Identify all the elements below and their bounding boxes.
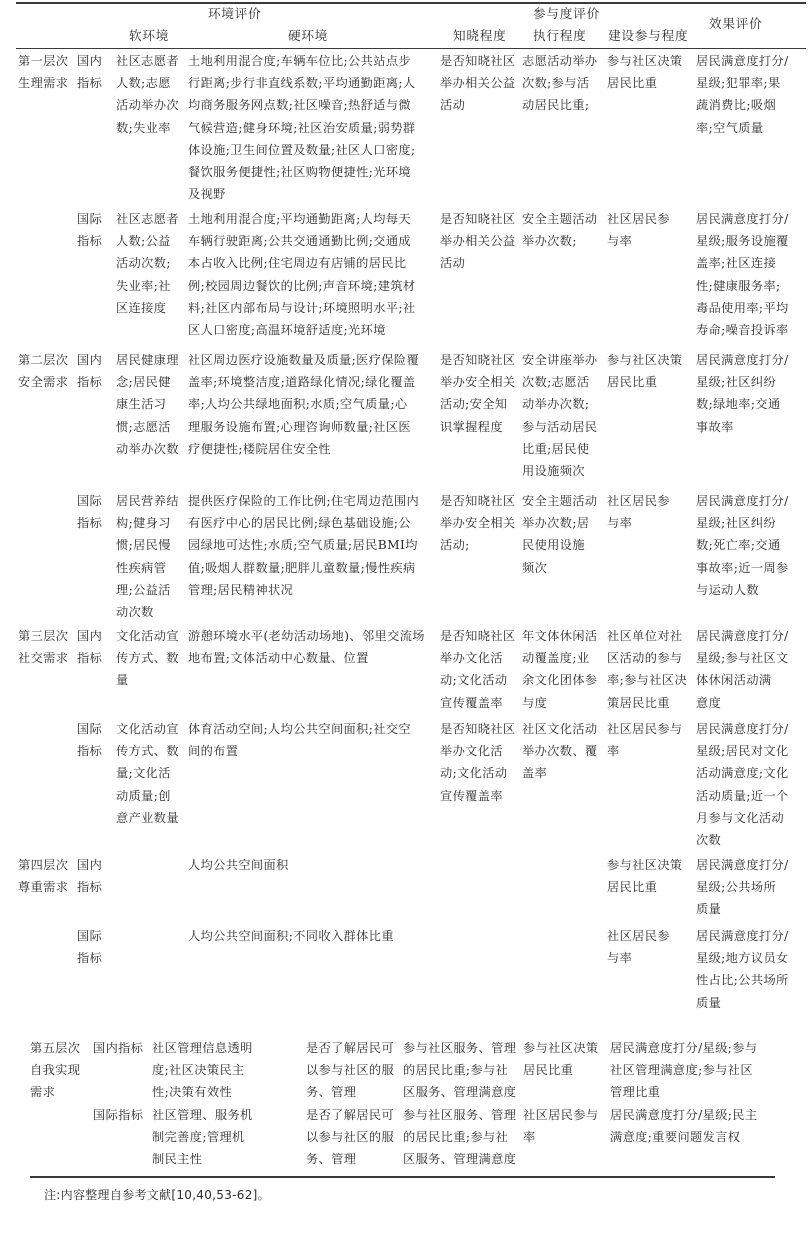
execution-cell: 年文体休闲活 动覆盖度;业 余文化团体参 与度 (522, 625, 608, 714)
table-note: 注:内容整理自参考文献[10,40,53-62]。 (44, 1186, 270, 1203)
awareness-cell: 是否知晓社区 举办相关公益 活动 (440, 208, 522, 275)
header-effect: 效果评价 (709, 16, 763, 32)
soft-env-cell: 居民健康理 念;居民健 康生活习 惯;志愿活 动举办次数 (116, 349, 188, 460)
awareness-cell: 是否知晓社区 举办文化活 动;文化活动 宣传覆盖率 (440, 718, 522, 807)
table-bottom-rule (30, 1176, 775, 1178)
execution-cell: 安全主题活动 举办次数;居 民使用设施 频次 (522, 490, 608, 579)
construction-cell: 社区居民参 与率 (607, 208, 695, 252)
header-participation-group: 参与度评价 (533, 6, 600, 22)
construction-cell: 社区单位对社 区活动的参与 率;参与社区决 策居民比重 (607, 625, 695, 714)
scope-cell: 国内 指标 (77, 50, 113, 94)
awareness-cell: 是否了解居民可 以参与社区的服 务、管理 (306, 1104, 404, 1171)
hard-env-cell: 社区周边医疗设施数量及质量;医疗保险覆 盖率;环境整洁度;道路绿化情况;绿化覆盖… (188, 349, 440, 460)
table-top-rule (16, 2, 806, 4)
awareness-cell: 是否了解居民可 以参与社区的服 务、管理 (306, 1037, 404, 1104)
scope-cell: 国际 指标 (77, 925, 113, 969)
header-construction-participation: 建设参与程度 (608, 28, 688, 44)
tier-level: 第二层次 安全需求 (18, 349, 78, 393)
tier-level: 第五层次 自我实现 需求 (30, 1037, 92, 1104)
header-hard-env: 硬环境 (288, 28, 328, 44)
construction-cell: 参与社区决策 居民比重 (523, 1037, 611, 1081)
construction-cell: 参与社区决策 居民比重 (607, 854, 695, 898)
soft-env-cell: 居民营养结 构;健身习 惯;居民慢 性疾病管 理;公益活 动次数 (116, 490, 188, 623)
header-awareness: 知晓程度 (453, 28, 507, 44)
construction-cell: 参与社区决策 居民比重 (607, 50, 695, 94)
tier-level: 第四层次 尊重需求 (18, 854, 78, 898)
scope-cell: 国内指标 (93, 1037, 153, 1059)
header-env-group: 环境评价 (208, 6, 262, 22)
effect-cell: 居民满意度打分/星级;民主 满意度;重要问题发言权 (610, 1104, 780, 1148)
soft-env-cell: 社区志愿者 人数;公益 活动次数; 失业率;社 区连接度 (116, 208, 188, 319)
soft-env-cell: 文化活动宣 传方式、数 量 (116, 625, 188, 692)
effect-cell: 居民满意度打分/ 星级;公共场所 质量 (696, 854, 808, 921)
construction-cell: 社区居民参 与率 (607, 490, 695, 534)
hard-env-cell: 体育活动空间;人均公共空间面积;社交空 间的布置 (188, 718, 440, 762)
scope-cell: 国际指标 (93, 1104, 153, 1126)
soft-env-cell: 社区志愿者 人数;志愿 活动举办次 数;失业率 (116, 50, 188, 139)
awareness-cell: 是否知晓社区 举办文化活 动;文化活动 宣传覆盖率 (440, 625, 522, 714)
effect-cell: 居民满意度打分/ 星级;参与社区文 体休闲活动满 意度 (696, 625, 808, 714)
soft-env-cell: 社区管理、服务机 制完善度;管理机 制民主性 (152, 1104, 302, 1171)
hard-env-cell: 土地利用混合度;平均通勤距离;人均每天 车辆行驶距离;公共交通通勤比例;交通成 … (188, 208, 440, 341)
scope-cell: 国际 指标 (77, 718, 113, 762)
construction-cell: 社区居民参与 率 (523, 1104, 611, 1148)
scope-cell: 国内 指标 (77, 854, 113, 898)
effect-cell: 居民满意度打分/ 星级;犯罪率;果 蔬消费比;吸烟 率;空气质量 (696, 50, 808, 139)
soft-env-cell: 文化活动宣 传方式、数 量;文化活 动质量;创 意产业数量 (116, 718, 188, 829)
construction-cell: 参与社区决策 居民比重 (607, 349, 695, 393)
header-bottom-rule (16, 48, 806, 49)
hard-env-cell: 土地利用混合度;车辆车位比;公共站点步 行距离;步行非直线系数;平均通勤距离;人… (188, 50, 440, 205)
awareness-cell: 是否知晓社区 举办安全相关 活动; (440, 490, 522, 557)
scope-cell: 国内 指标 (77, 349, 113, 393)
execution-cell: 社区文化活动 举办次数、覆 盖率 (522, 718, 608, 785)
execution-cell: 志愿活动举办 次数;参与活 动居民比重; (522, 50, 608, 117)
execution-cell: 安全主题活动 举办次数; (522, 208, 608, 252)
soft-env-cell: 社区管理信息透明 度;社区决策民主 性;决策有效性 (152, 1037, 302, 1104)
effect-cell: 居民满意度打分/星级;参与 社区管理满意度;参与社区 管理比重 (610, 1037, 780, 1104)
hard-env-cell: 人均公共空间面积;不同收入群体比重 (188, 925, 440, 947)
effect-cell: 居民满意度打分/ 星级;居民对文化 活动满意度;文化 活动质量;近一个 月参与文… (696, 718, 808, 851)
effect-cell: 居民满意度打分/ 星级;社区纠纷 数;绿地率;交通 事故率 (696, 349, 808, 438)
execution-cell: 安全讲座举办 次数;志愿活 动举办次数; 参与活动居民 比重;居民使 用设施频次 (522, 349, 608, 482)
execution-cell: 参与社区服务、管理 的居民比重;参与社 区服务、管理满意度 (403, 1104, 525, 1171)
header-soft-env: 软环境 (129, 28, 169, 44)
scope-cell: 国内 指标 (77, 625, 113, 669)
hard-env-cell: 人均公共空间面积 (188, 854, 440, 876)
effect-cell: 居民满意度打分/ 星级;服务设施覆 盖率;社区连接 性;健康服务率; 毒品使用率… (696, 208, 808, 341)
hard-env-cell: 提供医疗保险的工作比例;住宅周边范围内 有医疗中心的居民比例;绿色基础设施;公 … (188, 490, 440, 601)
hard-env-cell: 游憩环境水平(老幼活动场地)、邻里交流场 地布置;文体活动中心数量、位置 (188, 625, 440, 669)
effect-cell: 居民满意度打分/ 星级;社区纠纷 数;死亡率;交通 事故率;近一周参 与运动人数 (696, 490, 808, 601)
construction-cell: 社区居民参 与率 (607, 925, 695, 969)
tier-level: 第三层次 社交需求 (18, 625, 78, 669)
tier-level: 第一层次 生理需求 (18, 50, 78, 94)
header-execution: 执行程度 (533, 28, 587, 44)
scope-cell: 国际 指标 (77, 490, 113, 534)
scope-cell: 国际 指标 (77, 208, 113, 252)
awareness-cell: 是否知晓社区 举办安全相关 活动;安全知 识掌握程度 (440, 349, 522, 438)
awareness-cell: 是否知晓社区 举办相关公益 活动 (440, 50, 522, 117)
construction-cell: 社区居民参与 率 (607, 718, 695, 762)
execution-cell: 参与社区服务、管理 的居民比重;参与社 区服务、管理满意度 (403, 1037, 525, 1104)
effect-cell: 居民满意度打分/ 星级;地方议员女 性占比;公共场所 质量 (696, 925, 808, 1014)
